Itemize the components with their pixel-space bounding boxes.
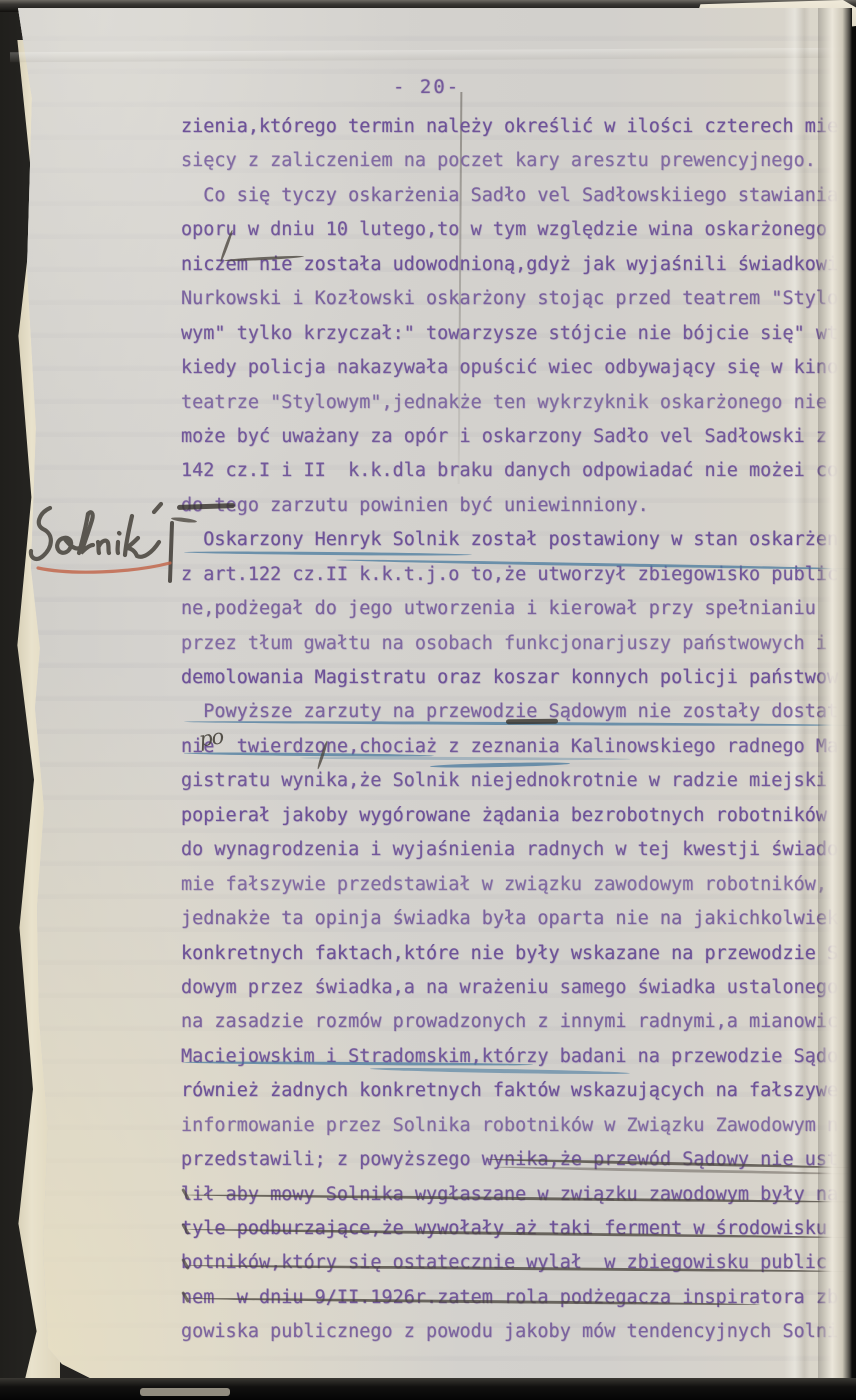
typed-line: Co się tyczy oskarżenia Sadło vel Sadłow… [181, 179, 839, 213]
typed-line: również żadnych konkretnych faktów wskaz… [181, 1074, 839, 1108]
typed-line: mie fałszywie przedstawiał w związku zaw… [181, 868, 839, 902]
right-page-curl [818, 8, 852, 1384]
typed-line: przez tłum gwałtu na osobach funkcjonarj… [181, 627, 839, 661]
typed-line: 142 cz.I i II k.k.dla braku danych odpow… [181, 454, 839, 488]
dark-mark-sadowym [506, 719, 558, 724]
typed-line: oporu w dniu 10 lutego,to w tym względzi… [181, 213, 839, 247]
typed-line: kiedy policja nakazywała opuścić wiec od… [181, 351, 839, 385]
typed-line: konkretnych faktach,które nie były wskaz… [181, 937, 839, 971]
typed-line: niczem nie została udowodnioną,gdyż jak … [181, 248, 839, 282]
typed-line: botników,który się ostatecznie wylał w z… [181, 1246, 839, 1280]
scanned-document-page: - 20- zienia,którego termin należy okreś… [0, 0, 856, 1400]
typed-line: Nurkowski i Kozłowski oskarżony stojąc p… [181, 282, 839, 316]
typed-line: ne,podżegał do jego utworzenia i kierowa… [181, 592, 839, 626]
page-number: - 20- [393, 76, 460, 98]
typed-line: dowym przez świadka,a na wrażeniu samego… [181, 971, 839, 1005]
typed-line: teatrze "Stylowym",jednakże ten wykrzykn… [181, 386, 839, 420]
typed-line: zienia,którego termin należy określić w … [181, 110, 839, 144]
typed-line: gowiska publicznego z powodu jakoby mów … [181, 1315, 839, 1349]
typed-line: do tego zarzutu powinien być uniewinnion… [181, 489, 839, 523]
margin-annotation-solnik: Solnik [26, 498, 176, 584]
typed-text-block: zienia,którego termin należy określić w … [181, 110, 839, 1362]
red-pencil-underline [38, 563, 170, 572]
scan-bottom-edge [0, 1378, 856, 1400]
bottom-paper-sliver [140, 1388, 230, 1396]
typed-line: informowanie przez Solnika robotników w … [181, 1109, 839, 1143]
typed-line: na zasadzie rozmów prowadzonych z innymi… [181, 1005, 839, 1039]
typed-line: popierał jakoby wygórowane żądania bezro… [181, 799, 839, 833]
handwriting-solnik-strokes [26, 498, 176, 584]
typed-line: jednakże ta opinja świadka była oparta n… [181, 902, 839, 936]
typed-line: demolowania Magistratu oraz koszar konny… [181, 661, 839, 695]
typed-line: może być uważany za opór i oskarzony Sad… [181, 420, 839, 454]
handwritten-insertion-po: po [197, 724, 225, 751]
typed-line: wym" tylko krzyczał:" towarzysze stójcie… [181, 317, 839, 351]
typed-line: sięcy z zaliczeniem na poczet kary aresz… [181, 144, 839, 178]
typed-line: gistratu wynika,że Solnik niejednokrotni… [181, 764, 839, 798]
typed-line: do wynagrodzenia i wyjaśnienia radnych w… [181, 833, 839, 867]
